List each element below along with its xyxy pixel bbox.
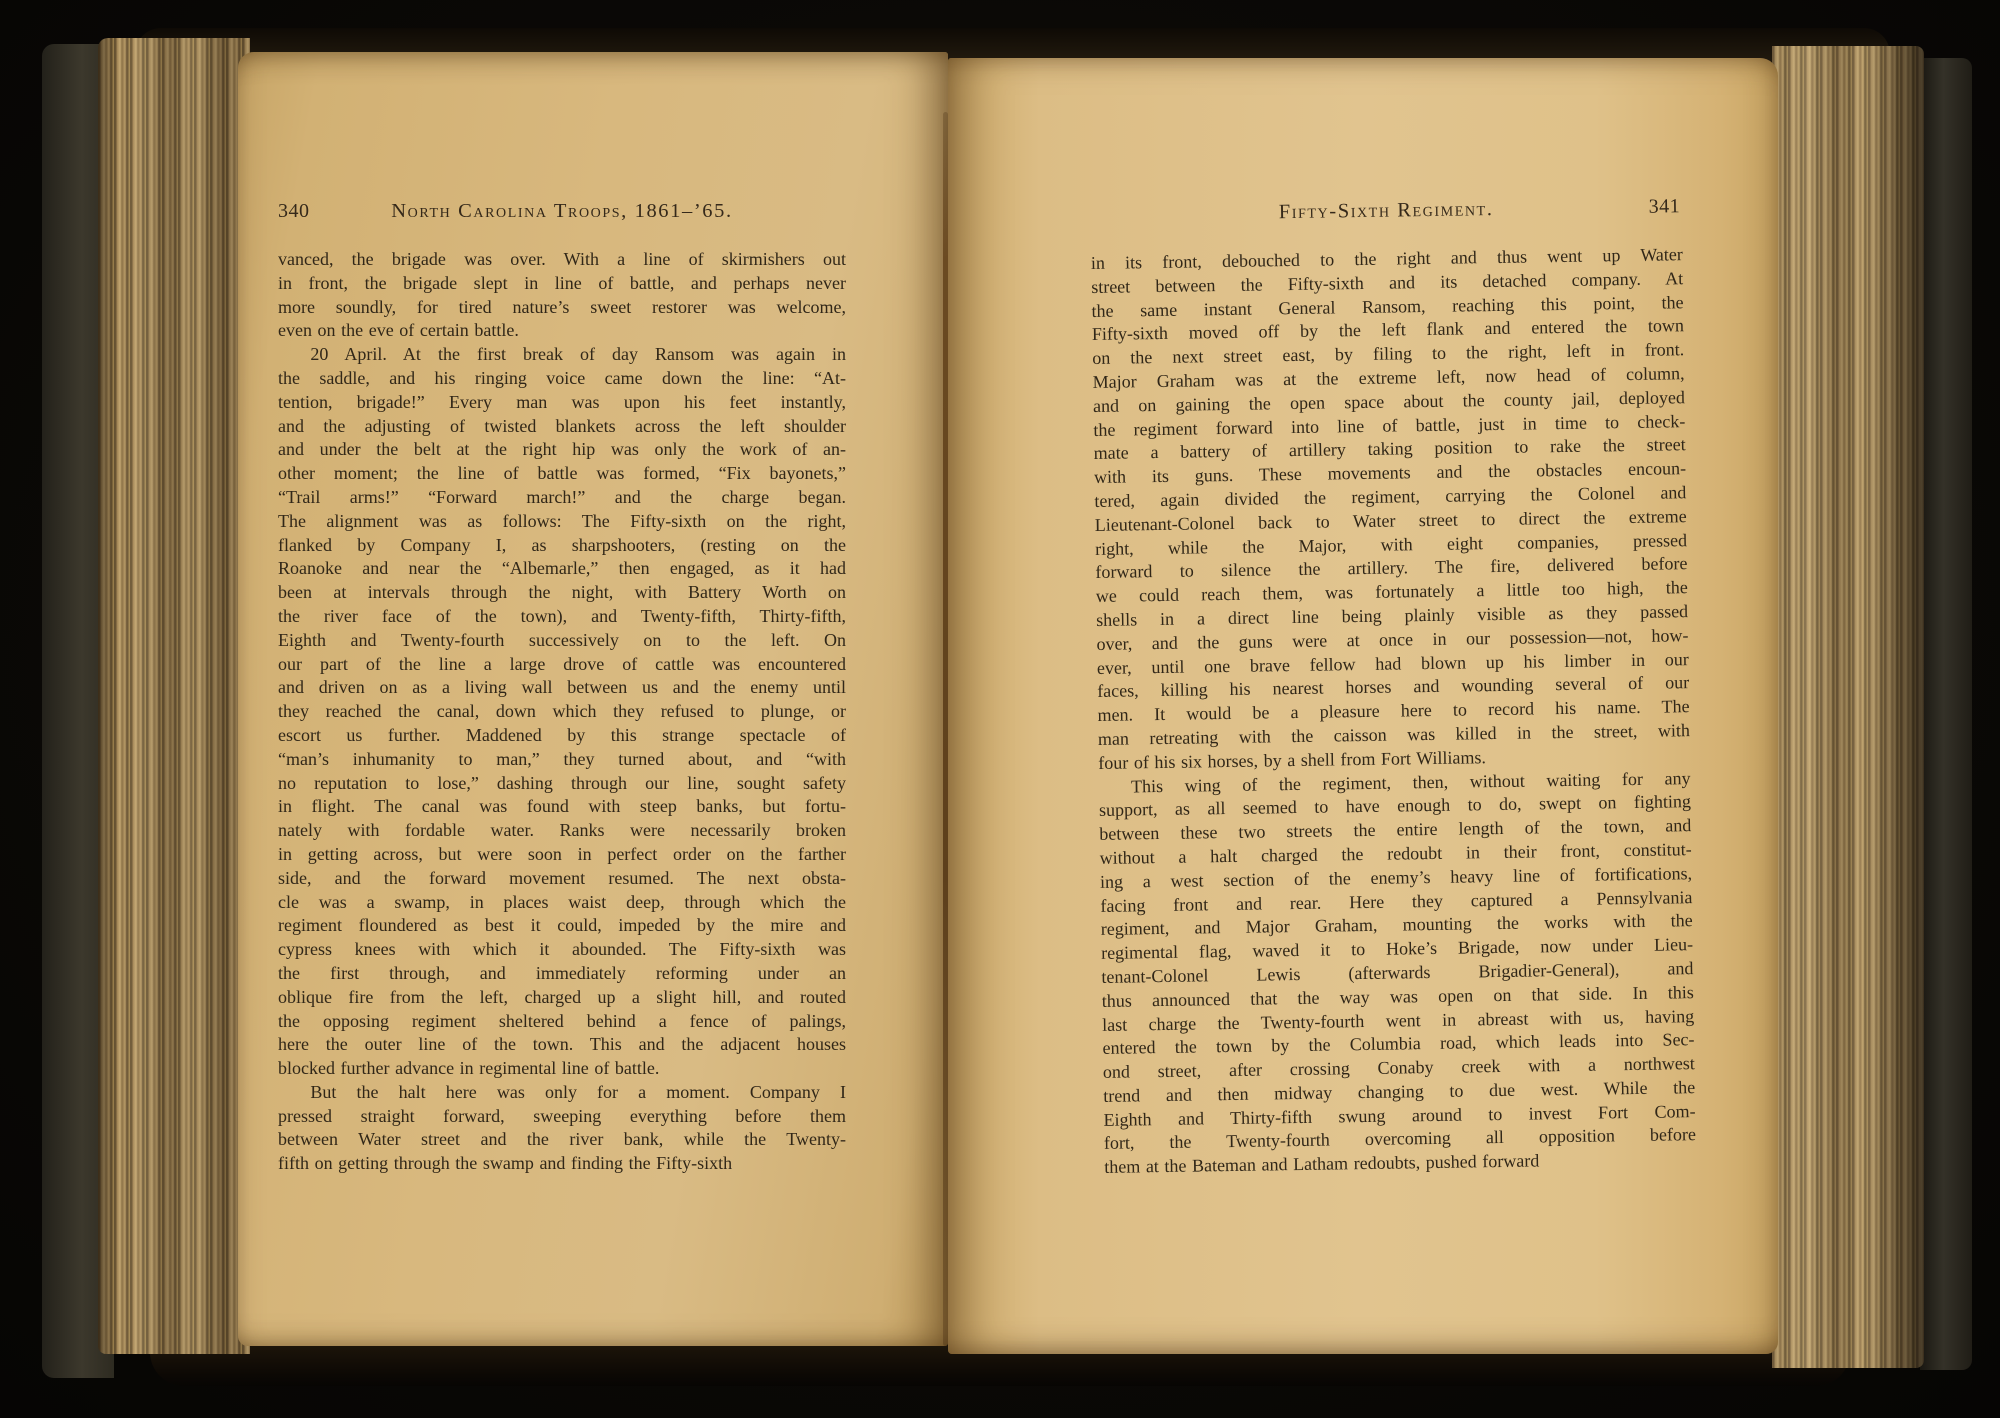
text-line: here the outer line of the town. This an… xyxy=(278,1033,846,1057)
left-page-number: 340 xyxy=(278,200,310,223)
right-running-header: Fifty-Sixth Regiment. 341 xyxy=(1090,195,1682,234)
text-line: and under the belt at the right hip was … xyxy=(278,438,846,462)
text-line: Roanoke and near the “Albemarle,” then e… xyxy=(278,557,846,581)
text-line: 20 April. At the first break of day Rans… xyxy=(278,343,846,367)
text-line: and the adjusting of twisted blankets ac… xyxy=(278,415,846,439)
left-page-content: 340 North Carolina Troops, 1861–’65. van… xyxy=(278,200,846,1176)
text-line: the saddle, and his ringing voice came d… xyxy=(278,367,846,391)
text-line: vanced, the brigade was over. With a lin… xyxy=(278,248,846,272)
right-page: Fifty-Sixth Regiment. 341 in its front, … xyxy=(948,58,1778,1354)
left-running-header: 340 North Carolina Troops, 1861–’65. xyxy=(278,200,846,230)
text-line: The alignment was as follows: The Fifty-… xyxy=(278,510,846,534)
text-line: pressed straight forward, sweeping every… xyxy=(278,1105,846,1129)
text-line: tention, brigade!” Every man was upon hi… xyxy=(278,391,846,415)
text-line: fifth on getting through the swamp and f… xyxy=(278,1152,846,1176)
text-line: no reputation to lose,” dashing through … xyxy=(278,772,846,796)
text-line: in front, the brigade slept in line of b… xyxy=(278,272,846,296)
text-line: side, and the forward movement resumed. … xyxy=(278,867,846,891)
text-line: been at intervals through the night, wit… xyxy=(278,581,846,605)
text-line: cypress knees with which it abounded. Th… xyxy=(278,938,846,962)
left-page: 340 North Carolina Troops, 1861–’65. van… xyxy=(238,52,948,1346)
text-line: blocked further advance in regimental li… xyxy=(278,1057,846,1081)
text-line: regiment floundered as best it could, im… xyxy=(278,914,846,938)
right-text-block: in its front, debouched to the right and… xyxy=(1091,243,1697,1180)
text-line: the opposing regiment sheltered behind a… xyxy=(278,1010,846,1034)
book-photograph: { "colors": { "background": "#0b0906", "… xyxy=(0,0,2000,1418)
text-line: other moment; the line of battle was for… xyxy=(278,462,846,486)
text-line: and driven on as a living wall between u… xyxy=(278,676,846,700)
text-line: between Water street and the river bank,… xyxy=(278,1128,846,1152)
text-line: oblique fire from the left, charged up a… xyxy=(278,986,846,1010)
text-line: escort us further. Maddened by this stra… xyxy=(278,724,846,748)
text-line: Eighth and Twenty-fourth successively on… xyxy=(278,629,846,653)
text-line: “man’s inhumanity to man,” they turned a… xyxy=(278,748,846,772)
page-edges-right-stack xyxy=(1772,46,1924,1368)
left-header-title: North Carolina Troops, 1861–’65. xyxy=(391,200,732,222)
text-line: in getting across, but were soon in perf… xyxy=(278,843,846,867)
text-line: nately with fordable water. Ranks were n… xyxy=(278,819,846,843)
right-page-content: Fifty-Sixth Regiment. 341 in its front, … xyxy=(1090,195,1696,1180)
text-line: more soundly, for tired nature’s sweet r… xyxy=(278,296,846,320)
book-cover-right xyxy=(1920,58,1972,1370)
text-line: cle was a swamp, in places waist deep, t… xyxy=(278,891,846,915)
text-line: they reached the canal, down which they … xyxy=(278,700,846,724)
text-line: “Trail arms!” “Forward march!” and the c… xyxy=(278,486,846,510)
right-page-number: 341 xyxy=(1648,195,1680,218)
text-line: But the halt here was only for a moment.… xyxy=(278,1081,846,1105)
right-header-title: Fifty-Sixth Regiment. xyxy=(1279,198,1494,223)
text-line: in flight. The canal was found with stee… xyxy=(278,795,846,819)
text-line: even on the eve of certain battle. xyxy=(278,319,846,343)
page-edges-left-stack xyxy=(98,38,250,1354)
text-line: the first through, and immediately refor… xyxy=(278,962,846,986)
text-line: the river face of the town), and Twenty-… xyxy=(278,605,846,629)
text-line: flanked by Company I, as sharpshooters, … xyxy=(278,534,846,558)
left-text-block: vanced, the brigade was over. With a lin… xyxy=(278,248,846,1176)
text-line: our part of the line a large drove of ca… xyxy=(278,653,846,677)
